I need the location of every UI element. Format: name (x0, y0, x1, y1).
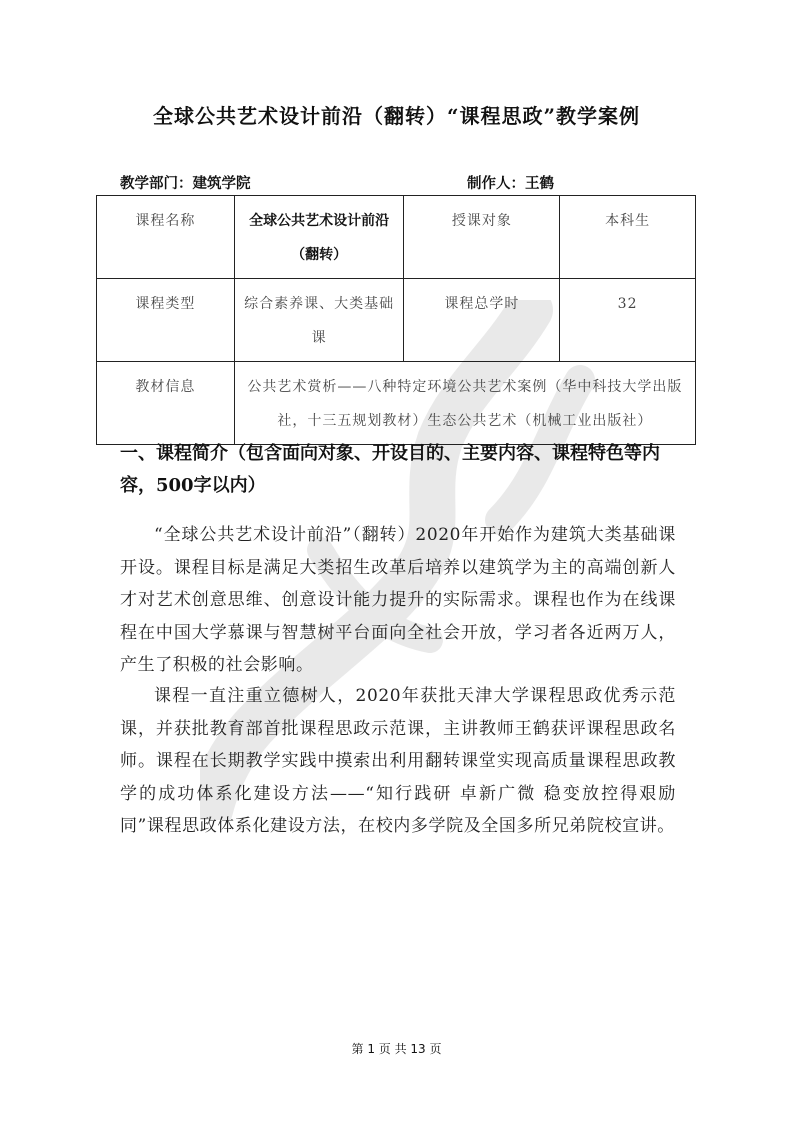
audience-label: 授课对象 (404, 196, 560, 279)
document-page: 全球公共艺术设计前沿（翻转）“课程思政”教学案例 教学部门：建筑学院 制作人：王… (0, 0, 793, 1122)
total-hours-value: 32 (560, 279, 696, 362)
section-heading: 一、课程简介（包含面向对象、开设目的、主要内容、课程特色等内容，500字以内） (120, 438, 680, 502)
intro-paragraph-2: 课程一直注重立德树人，2020年获批天津大学课程思政优秀示范课，并获批教育部首批… (120, 680, 676, 843)
audience-value: 本科生 (560, 196, 696, 279)
textbook-value: 公共艺术赏析——八种特定环境公共艺术案例（华中科技大学出版社，十三五规划教材）生… (234, 362, 695, 445)
author-label: 制作人：王鹤 (467, 172, 554, 193)
course-info-table: 课程名称 全球公共艺术设计前沿（翻转） 授课对象 本科生 课程类型 综合素养课、… (96, 195, 696, 445)
textbook-label: 教材信息 (97, 362, 235, 445)
document-title: 全球公共艺术设计前沿（翻转）“课程思政”教学案例 (0, 100, 793, 129)
table-row: 教材信息 公共艺术赏析——八种特定环境公共艺术案例（华中科技大学出版社，十三五规… (97, 362, 696, 445)
page-number: 第 1 页 共 13 页 (0, 1040, 793, 1057)
intro-paragraph-1: “全球公共艺术设计前沿”（翻转）2020年开始作为建筑大类基础课开设。课程目标是… (120, 519, 676, 682)
course-name-value: 全球公共艺术设计前沿（翻转） (234, 196, 404, 279)
course-name-label: 课程名称 (97, 196, 235, 279)
table-row: 课程类型 综合素养课、大类基础课 课程总学时 32 (97, 279, 696, 362)
table-row: 课程名称 全球公共艺术设计前沿（翻转） 授课对象 本科生 (97, 196, 696, 279)
course-type-label: 课程类型 (97, 279, 235, 362)
total-hours-label: 课程总学时 (404, 279, 560, 362)
department-label: 教学部门：建筑学院 (120, 172, 251, 193)
course-type-value: 综合素养课、大类基础课 (234, 279, 404, 362)
